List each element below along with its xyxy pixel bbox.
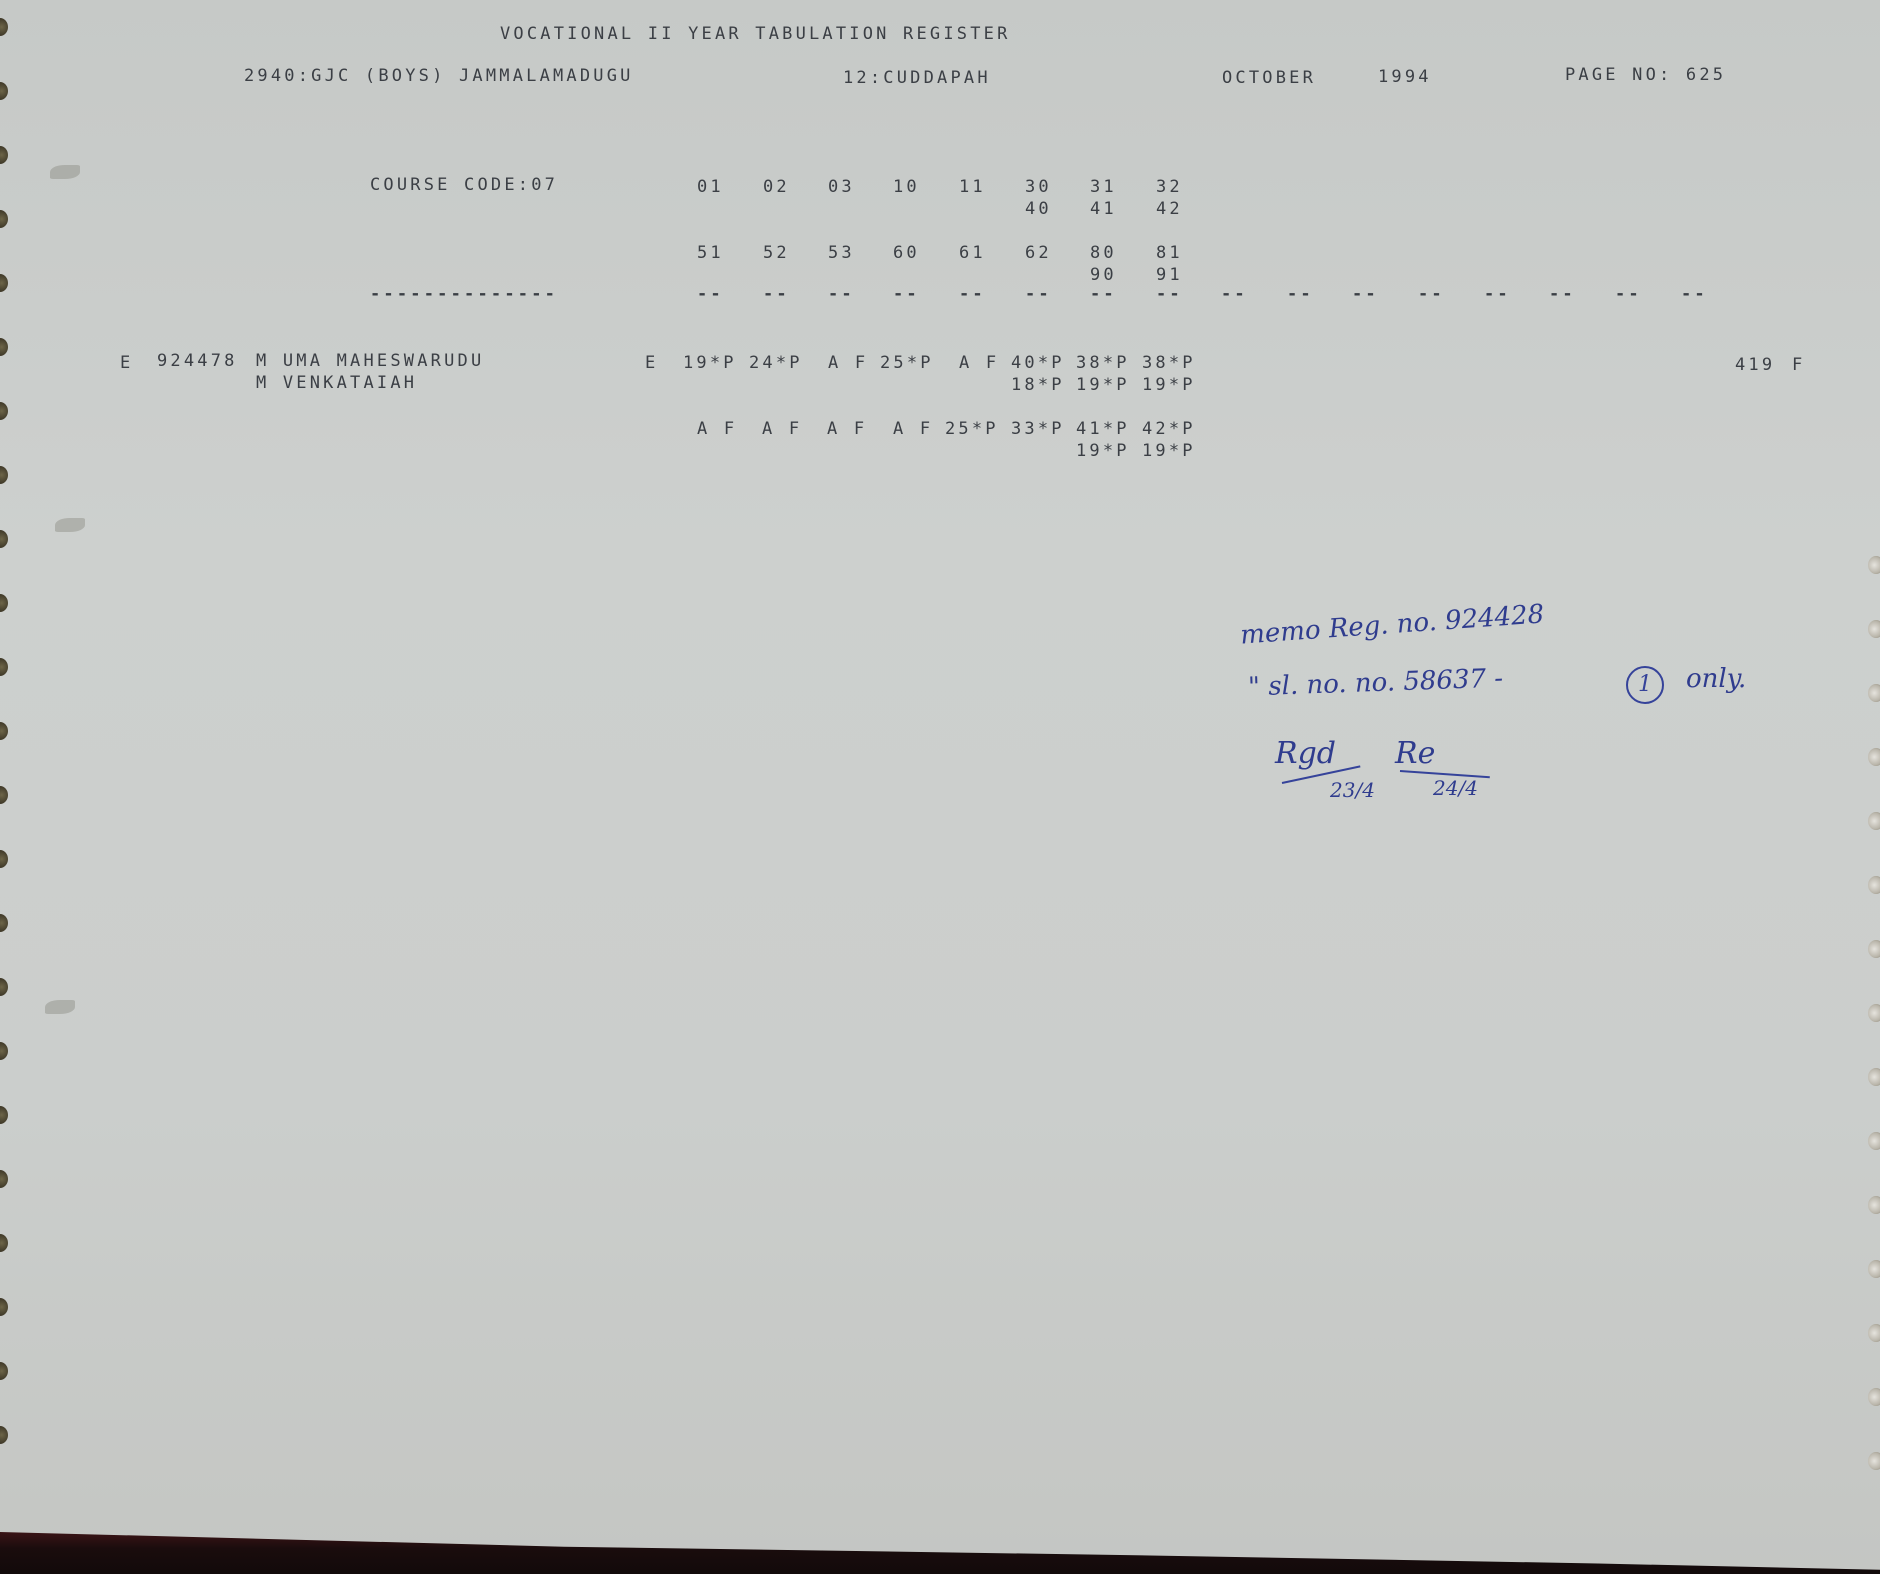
register-binding [0, 1532, 1880, 1574]
registration-number: 924478 [157, 353, 238, 370]
total-marks: 419 [1735, 357, 1775, 374]
record-category: E [120, 355, 133, 372]
circled-count: 1 [1626, 666, 1664, 704]
student-name: M UMA MAHESWARUDU [256, 353, 484, 370]
left-tractor-holes [0, 0, 8, 1514]
page-number: PAGE NO: 625 [1565, 67, 1726, 84]
sl-no-line: " sl. no. no. 58637 - [1248, 664, 1504, 703]
course-code: COURSE CODE:07 [370, 177, 558, 194]
signature-1-date: 23/4 [1330, 778, 1375, 802]
exam-year: 1994 [1378, 69, 1432, 86]
signature-2-date: 24/4 [1433, 776, 1478, 800]
signature-1: Rgd [1275, 736, 1336, 771]
paper-tear [45, 1000, 75, 1014]
exam-month: OCTOBER [1222, 70, 1316, 87]
memo-reg-line: memo Reg. no. 924428 [1239, 599, 1545, 650]
right-tractor-holes [1868, 0, 1880, 1514]
paper-tear [55, 518, 85, 532]
only-word: only. [1686, 664, 1746, 694]
signature-2: Re [1395, 736, 1435, 771]
medium: E [645, 355, 658, 372]
register-title: VOCATIONAL II YEAR TABULATION REGISTER [500, 26, 1011, 43]
father-name: M VENKATAIAH [256, 375, 417, 392]
district-name: 12:CUDDAPAH [843, 70, 991, 87]
final-result: F [1792, 357, 1805, 374]
register-page: VOCATIONAL II YEAR TABULATION REGISTER 2… [0, 0, 1880, 1574]
college-name: 2940:GJC (BOYS) JAMMALAMADUGU [244, 68, 634, 85]
paper-tear [50, 165, 80, 179]
